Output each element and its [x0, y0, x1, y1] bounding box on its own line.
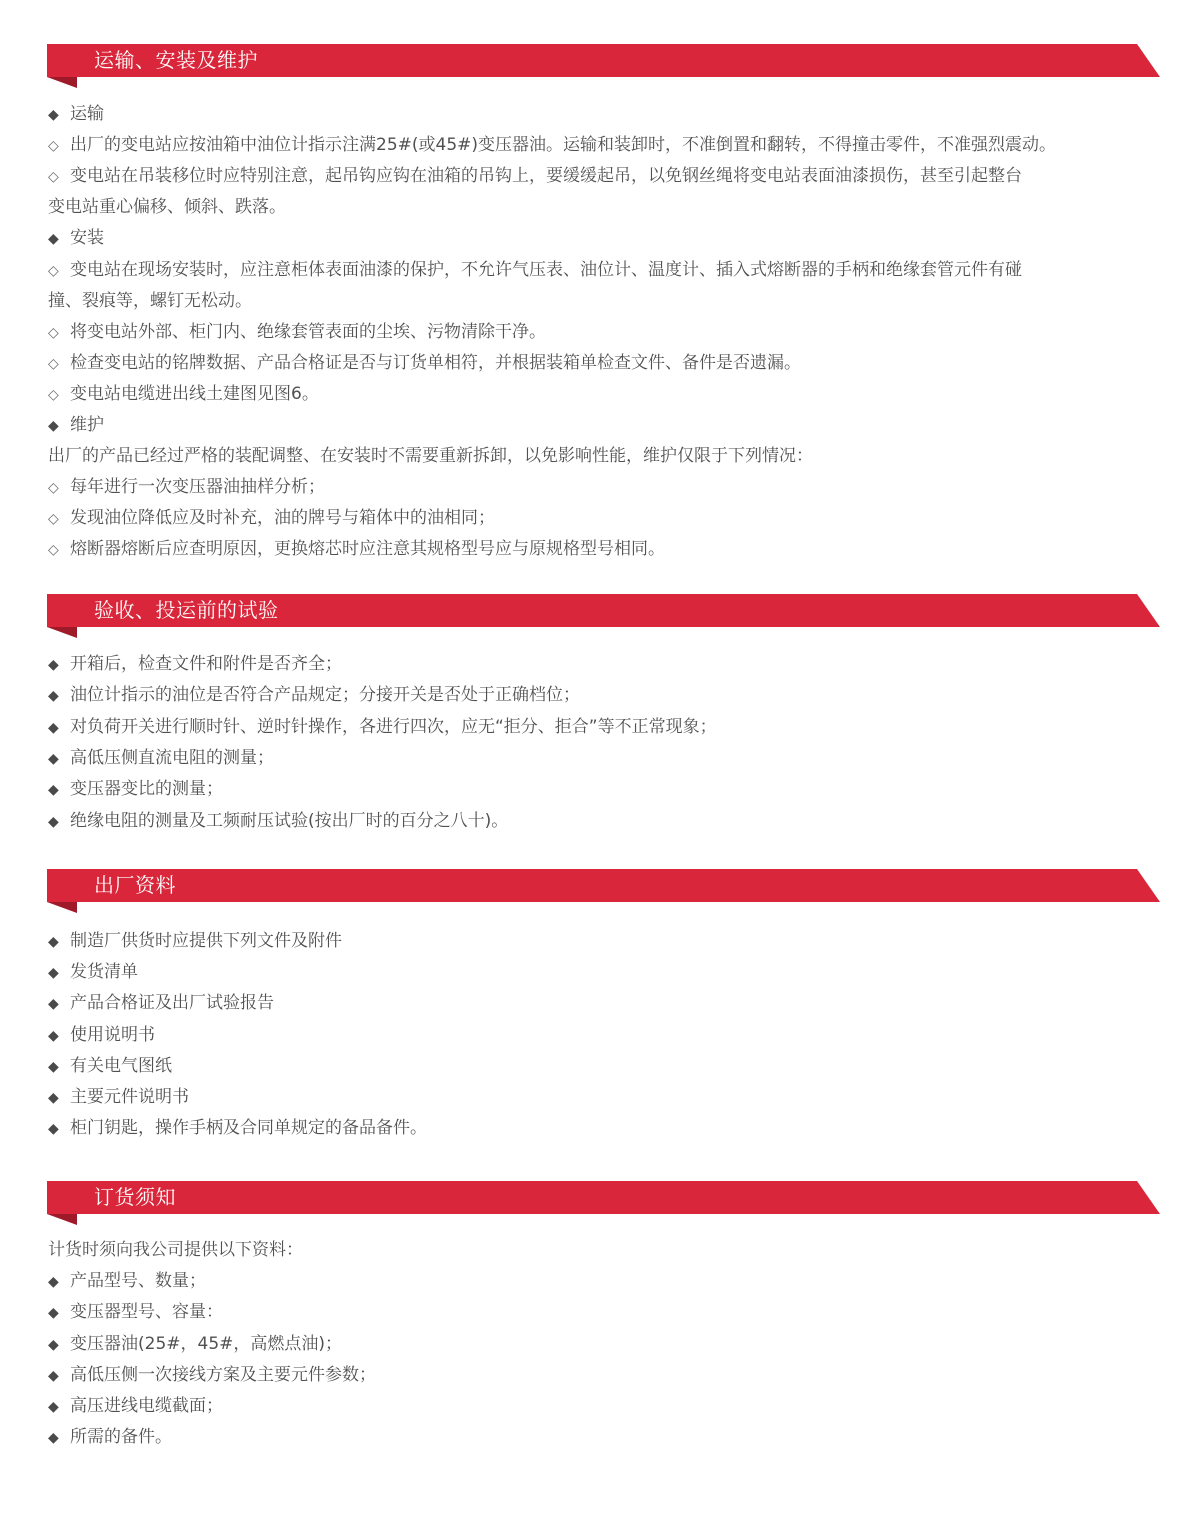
list-item: ◆高低压侧一次接线方案及主要元件参数； [48, 1364, 376, 1387]
diamond-bullet-icon: ◆ [48, 1365, 70, 1387]
banner-ribbon [47, 869, 1160, 902]
diamond-bullet-icon: ◆ [48, 748, 70, 770]
hollow-diamond-bullet-icon: ◇ [48, 477, 70, 499]
diamond-bullet-icon: ◆ [48, 1087, 70, 1109]
list-item: ◆发货清单 [48, 961, 138, 984]
diamond-bullet-icon: ◆ [48, 1056, 70, 1078]
list-item-text: 产品合格证及出厂试验报告 [70, 993, 274, 1013]
list-item-text: 安装 [70, 228, 104, 248]
list-item-text: 主要元件说明书 [70, 1087, 189, 1107]
hollow-diamond-bullet-icon: ◇ [48, 135, 70, 157]
list-item: ◇变电站电缆进出线土建图见图6。 [48, 383, 319, 406]
banner-fold [47, 77, 77, 88]
list-item: 变电站重心偏移、倾斜、跌落。 [48, 196, 286, 218]
list-item-text: 变电站在吊装移位时应特别注意，起吊钩应钩在油箱的吊钩上，要缓缓起吊，以免钢丝绳将… [70, 166, 1022, 186]
diamond-bullet-icon: ◆ [48, 931, 70, 953]
list-item: ◆有关电气图纸 [48, 1055, 172, 1078]
list-item-text: 变电站在现场安装时，应注意柜体表面油漆的保护，不允许气压表、油位计、温度计、插入… [70, 260, 1022, 280]
list-item-text: 变压器型号、容量： [70, 1302, 223, 1322]
list-item: ◆产品合格证及出厂试验报告 [48, 992, 274, 1015]
list-item-text: 有关电气图纸 [70, 1056, 172, 1076]
list-item-text: 出厂的变电站应按油箱中油位计指示注满25#(或45#)变压器油。运输和装卸时，不… [70, 135, 1056, 155]
hollow-diamond-bullet-icon: ◇ [48, 384, 70, 406]
list-item: ◆绝缘电阻的测量及工频耐压试验(按出厂时的百分之八十)。 [48, 810, 508, 833]
banner-ribbon [47, 1181, 1160, 1214]
diamond-bullet-icon: ◆ [48, 228, 70, 250]
list-item-text: 计货时须向我公司提供以下资料： [48, 1240, 303, 1260]
list-item-text: 发货清单 [70, 962, 138, 982]
list-item: ◆柜门钥匙，操作手柄及合同单规定的备品备件。 [48, 1117, 427, 1140]
list-item: 撞、裂痕等，螺钉无松动。 [48, 290, 252, 312]
list-item: ◆变压器型号、容量： [48, 1301, 223, 1324]
list-item: ◆变压器变比的测量； [48, 778, 223, 801]
hollow-diamond-bullet-icon: ◇ [48, 508, 70, 530]
list-item: ◆油位计指示的油位是否符合产品规定；分接开关是否处于正确档位； [48, 684, 580, 707]
section-banner: 出厂资料 [47, 869, 1160, 902]
section-banner: 验收、投运前的试验 [47, 594, 1160, 627]
list-item: ◆高低压侧直流电阻的测量； [48, 747, 274, 770]
list-item-text: 对负荷开关进行顺时针、逆时针操作，各进行四次，应无“拒分、拒合”等不正常现象； [70, 717, 717, 737]
list-item: ◇变电站在现场安装时，应注意柜体表面油漆的保护，不允许气压表、油位计、温度计、插… [48, 259, 1022, 282]
list-item-text: 柜门钥匙，操作手柄及合同单规定的备品备件。 [70, 1118, 427, 1138]
list-item-text: 熔断器熔断后应查明原因，更换熔芯时应注意其规格型号应与原规格型号相同。 [70, 539, 665, 559]
list-item-text: 开箱后，检查文件和附件是否齐全； [70, 654, 342, 674]
diamond-bullet-icon: ◆ [48, 1302, 70, 1324]
list-item: ◇每年进行一次变压器油抽样分析； [48, 476, 325, 499]
hollow-diamond-bullet-icon: ◇ [48, 260, 70, 282]
list-item: ◆主要元件说明书 [48, 1086, 189, 1109]
list-item-text: 高低压侧一次接线方案及主要元件参数； [70, 1365, 376, 1385]
diamond-bullet-icon: ◆ [48, 962, 70, 984]
list-item: ◆产品型号、数量； [48, 1270, 206, 1293]
list-item-text: 运输 [70, 104, 104, 124]
list-item: ◆对负荷开关进行顺时针、逆时针操作，各进行四次，应无“拒分、拒合”等不正常现象； [48, 716, 717, 739]
list-item: ◆安装 [48, 227, 104, 250]
list-item-text: 变压器油(25#，45#，高燃点油)； [70, 1334, 342, 1354]
diamond-bullet-icon: ◆ [48, 1271, 70, 1293]
diamond-bullet-icon: ◆ [48, 779, 70, 801]
list-item-text: 绝缘电阻的测量及工频耐压试验(按出厂时的百分之八十)。 [70, 811, 508, 831]
list-item-text: 油位计指示的油位是否符合产品规定；分接开关是否处于正确档位； [70, 685, 580, 705]
diamond-bullet-icon: ◆ [48, 717, 70, 739]
list-item-text: 检查变电站的铭牌数据、产品合格证是否与订货单相符，并根据装箱单检查文件、备件是否… [70, 353, 801, 373]
section-title: 订货须知 [94, 1184, 176, 1211]
list-item: 出厂的产品已经过严格的装配调整、在安装时不需要重新拆卸，以免影响性能，维护仅限于… [48, 445, 813, 467]
list-item: ◆所需的备件。 [48, 1426, 172, 1449]
hollow-diamond-bullet-icon: ◇ [48, 166, 70, 188]
diamond-bullet-icon: ◆ [48, 654, 70, 676]
list-item-text: 高低压侧直流电阻的测量； [70, 748, 274, 768]
section-title: 出厂资料 [94, 872, 176, 899]
section-banner: 订货须知 [47, 1181, 1160, 1214]
hollow-diamond-bullet-icon: ◇ [48, 539, 70, 561]
banner-fold [47, 627, 77, 638]
banner-fold [47, 1214, 77, 1225]
list-item-text: 出厂的产品已经过严格的装配调整、在安装时不需要重新拆卸，以免影响性能，维护仅限于… [48, 446, 813, 466]
diamond-bullet-icon: ◆ [48, 811, 70, 833]
list-item-text: 变压器变比的测量； [70, 779, 223, 799]
diamond-bullet-icon: ◆ [48, 1334, 70, 1356]
list-item-text: 每年进行一次变压器油抽样分析； [70, 477, 325, 497]
section-title: 运输、安装及维护 [94, 47, 258, 74]
list-item: ◆使用说明书 [48, 1024, 155, 1047]
diamond-bullet-icon: ◆ [48, 685, 70, 707]
list-item-text: 产品型号、数量； [70, 1271, 206, 1291]
list-item-text: 变电站重心偏移、倾斜、跌落。 [48, 197, 286, 217]
list-item: ◇发现油位降低应及时补充，油的牌号与箱体中的油相同； [48, 507, 495, 530]
diamond-bullet-icon: ◆ [48, 1427, 70, 1449]
list-item-text: 变电站电缆进出线土建图见图6。 [70, 384, 319, 404]
list-item-text: 所需的备件。 [70, 1427, 172, 1447]
diamond-bullet-icon: ◆ [48, 104, 70, 126]
list-item: ◆开箱后，检查文件和附件是否齐全； [48, 653, 342, 676]
list-item: ◆高压进线电缆截面； [48, 1395, 223, 1418]
list-item-text: 使用说明书 [70, 1025, 155, 1045]
list-item: ◇变电站在吊装移位时应特别注意，起吊钩应钩在油箱的吊钩上，要缓缓起吊，以免钢丝绳… [48, 165, 1022, 188]
list-item-text: 制造厂供货时应提供下列文件及附件 [70, 931, 342, 951]
list-item: ◇检查变电站的铭牌数据、产品合格证是否与订货单相符，并根据装箱单检查文件、备件是… [48, 352, 801, 375]
diamond-bullet-icon: ◆ [48, 993, 70, 1015]
list-item-text: 撞、裂痕等，螺钉无松动。 [48, 291, 252, 311]
list-item-text: 将变电站外部、柜门内、绝缘套管表面的尘埃、污物清除干净。 [70, 322, 546, 342]
list-item-text: 发现油位降低应及时补充，油的牌号与箱体中的油相同； [70, 508, 495, 528]
list-item: ◆维护 [48, 414, 104, 437]
list-item-text: 高压进线电缆截面； [70, 1396, 223, 1416]
list-item: ◆制造厂供货时应提供下列文件及附件 [48, 930, 342, 953]
list-item: ◇熔断器熔断后应查明原因，更换熔芯时应注意其规格型号应与原规格型号相同。 [48, 538, 665, 561]
diamond-bullet-icon: ◆ [48, 1118, 70, 1140]
diamond-bullet-icon: ◆ [48, 1025, 70, 1047]
diamond-bullet-icon: ◆ [48, 415, 70, 437]
section-banner: 运输、安装及维护 [47, 44, 1160, 77]
list-item: ◆运输 [48, 103, 104, 126]
diamond-bullet-icon: ◆ [48, 1396, 70, 1418]
hollow-diamond-bullet-icon: ◇ [48, 353, 70, 375]
list-item: ◇出厂的变电站应按油箱中油位计指示注满25#(或45#)变压器油。运输和装卸时，… [48, 134, 1056, 157]
banner-fold [47, 902, 77, 913]
list-item-text: 维护 [70, 415, 104, 435]
list-item: ◇将变电站外部、柜门内、绝缘套管表面的尘埃、污物清除干净。 [48, 321, 546, 344]
section-title: 验收、投运前的试验 [94, 597, 279, 624]
hollow-diamond-bullet-icon: ◇ [48, 322, 70, 344]
list-item: ◆变压器油(25#，45#，高燃点油)； [48, 1333, 342, 1356]
list-item: 计货时须向我公司提供以下资料： [48, 1239, 303, 1261]
